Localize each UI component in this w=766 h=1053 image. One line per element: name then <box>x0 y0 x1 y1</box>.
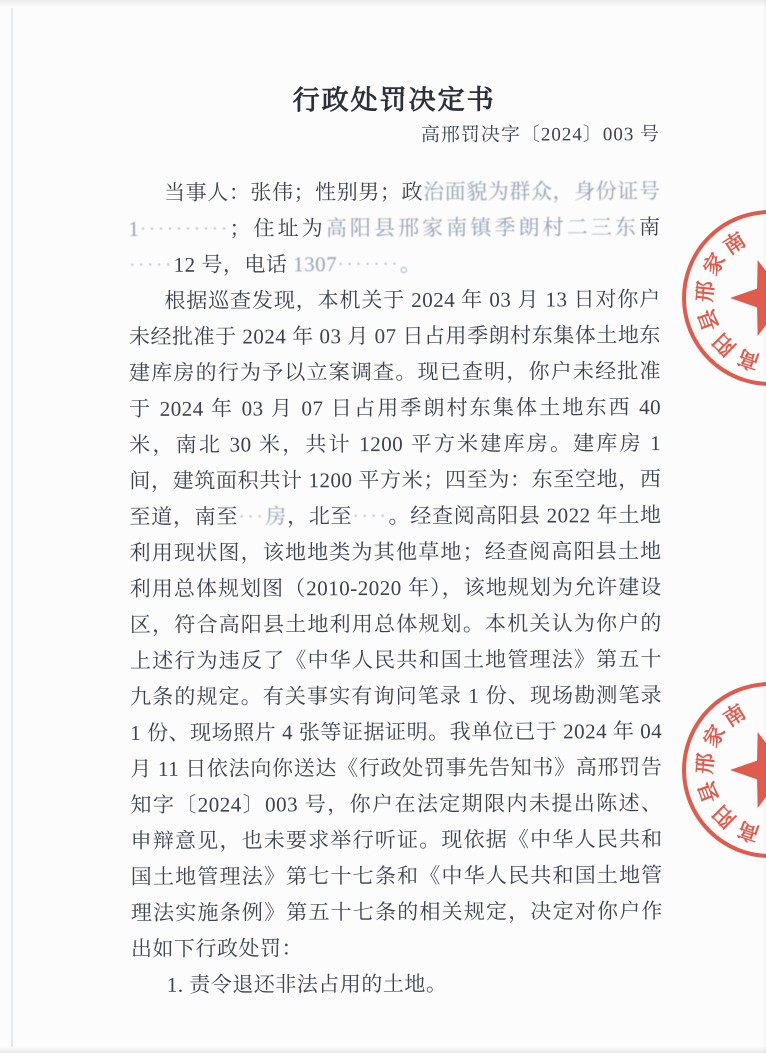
svg-text:阳: 阳 <box>708 800 740 832</box>
document-number: 高邢罚决字〔2024〕003 号 <box>128 123 660 149</box>
scan-edge-left <box>11 8 13 1047</box>
paragraph-party-info: 当事人：张伟；性别男；政治面貌为群众，身份证号1··········；住址为高阳… <box>128 173 660 283</box>
document-title: 行政处罚决定书 <box>128 83 660 117</box>
svg-text:高: 高 <box>735 345 763 375</box>
svg-text:邢: 邢 <box>692 280 718 303</box>
paragraph-facts-and-basis: 根据巡查发现，本机关于 2024 年 03 月 13 日对你户未经批准于 202… <box>129 281 663 967</box>
svg-text:县: 县 <box>694 306 724 334</box>
official-seal-top: 高阳县邢家南 <box>675 200 766 396</box>
svg-text:县: 县 <box>694 778 724 806</box>
official-seal-bottom: 高阳县邢家南 <box>675 672 766 868</box>
svg-text:家: 家 <box>699 721 730 751</box>
svg-text:邢: 邢 <box>692 752 718 775</box>
paragraph-decision-item-1: 1. 责令退还非法占用的土地。 <box>131 965 663 1003</box>
scan-edge-bottom <box>0 1047 766 1053</box>
svg-text:南: 南 <box>719 700 750 732</box>
svg-text:家: 家 <box>699 249 730 279</box>
document: 行政处罚决定书 高邢罚决字〔2024〕003 号 当事人：张伟；性别男；政治面貌… <box>128 83 663 1003</box>
scan-edge-top <box>0 0 766 7</box>
svg-text:高: 高 <box>735 817 763 847</box>
scanned-document-page: 行政处罚决定书 高邢罚决字〔2024〕003 号 当事人：张伟；性别男；政治面貌… <box>0 0 766 1053</box>
svg-text:南: 南 <box>719 228 750 260</box>
svg-text:阳: 阳 <box>708 328 740 360</box>
document-body: 当事人：张伟；性别男；政治面貌为群众，身份证号1··········；住址为高阳… <box>128 173 663 1003</box>
